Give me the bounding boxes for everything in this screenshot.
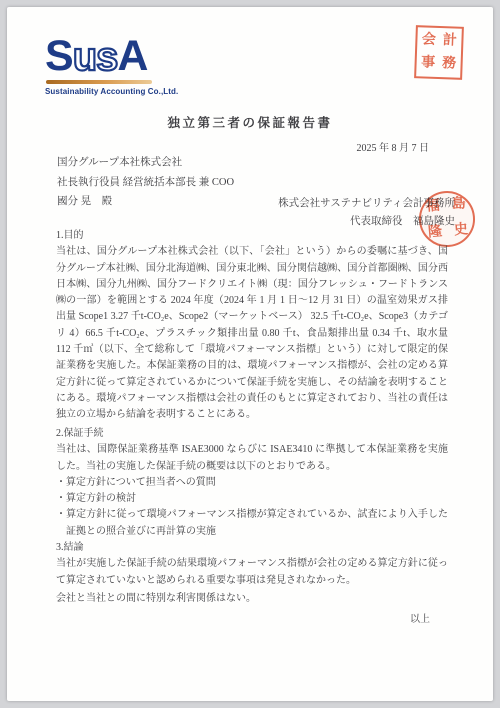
logo-underline (46, 80, 152, 84)
addressee-block: 国分グループ本社株式会社 社長執行役員 経営統括本部長 兼 COO 國分 晃 殿 (57, 153, 234, 212)
addressee-name: 國分 晃 殿 (57, 192, 234, 212)
addressee-company: 国分グループ本社株式会社 (57, 153, 234, 173)
section-2-body: 当社は、国際保証業務基準 ISAE3000 ならびに ISAE3410 に準拠し… (56, 442, 448, 475)
procedure-bullet-1: ・算定方針について担当者への質問 (56, 475, 448, 491)
report-page: S u s A Sustainability Accounting Co.,Lt… (7, 7, 493, 701)
section-1-heading: 1.目的 (56, 228, 448, 244)
section-3-heading: 3.結論 (56, 540, 448, 556)
procedure-bullet-2: ・算定方針の検討 (56, 491, 448, 507)
report-date: 2025 年 8 月 7 日 (357, 139, 430, 154)
section-3-body: 当社が実施した保証手続の結果環境パフォーマンス指標が会社の定める算定方針に従って… (56, 556, 448, 589)
procedure-bullet-3: ・算定方針に従って環境パフォーマンス指標が算定されているか、試査により入手した証… (56, 507, 448, 540)
seal-char: 務 (442, 57, 456, 71)
seal-char: 会 (422, 33, 436, 47)
section-2-heading: 2.保証手続 (56, 426, 448, 442)
logo-letter-s: S (45, 35, 73, 78)
addressee-position: 社長執行役員 経営統括本部長 兼 COO (57, 173, 234, 193)
susa-logo: S u s A Sustainability Accounting Co.,Lt… (45, 35, 178, 96)
section-purpose: 1.目的 当社は、国分グループ本社株式会社（以下、「会社」という）からの委嘱に基… (56, 228, 448, 424)
seal-char: 島 (451, 197, 466, 212)
seal-char: 福 (425, 200, 440, 215)
logo-letter-s2: s (96, 37, 117, 77)
logo-letter-a: A (117, 35, 147, 78)
corner-seal-stamp: 会 計 事 務 (414, 25, 464, 80)
section-conclusion: 3.結論 当社が実施した保証手続の結果環境パフォーマンス指標が会社の定める算定方… (56, 540, 448, 589)
seal-char: 史 (454, 223, 469, 238)
scanned-assurance-report: { "brand": { "wordmark": [ {"text": "S",… (0, 0, 500, 708)
closing-mark: 以上 (56, 610, 448, 625)
seal-char: 事 (421, 57, 435, 71)
report-title: 独立第三者の保証報告書 (7, 113, 493, 131)
section-procedures: 2.保証手続 当社は、国際保証業務基準 ISAE3000 ならびに ISAE34… (56, 426, 448, 540)
seal-char: 計 (443, 34, 457, 48)
independence-note: 会社と当社との間に特別な利害関係はない。 (56, 591, 448, 607)
logo-letter-u: u (73, 37, 96, 77)
section-1-body: 当社は、国分グループ本社株式会社（以下、「会社」という）からの委嘱に基づき、国分… (56, 244, 448, 423)
susa-wordmark: S u s A (45, 35, 178, 78)
logo-tagline: Sustainability Accounting Co.,Ltd. (45, 87, 178, 96)
